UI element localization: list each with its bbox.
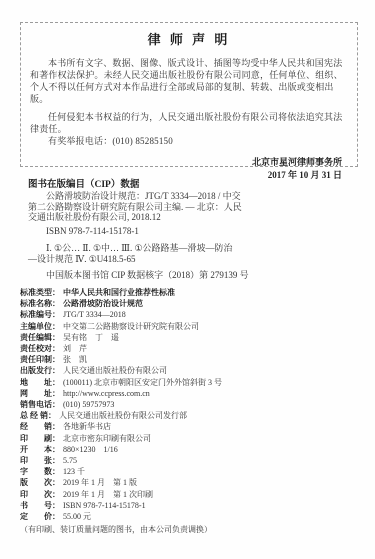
signature-block: 北京市星河律师事务所 2017 年 10 月 31 日 [30,156,348,181]
metadata-label: 书 号： [20,501,60,510]
metadata-label: 字 数： [20,467,60,476]
metadata-rows: 标准类型：中华人民共和国行业推荐性标准标准名称：公路滑坡防治设计规范标准编号：J… [20,287,360,522]
metadata-value: 人民交通出版社股份有限公司发行部 [56,411,187,420]
metadata-row: 印 张：5.75 [20,455,360,466]
metadata-label: 销售电话： [20,400,60,409]
cip-line-publisher-2: 交通出版社股份有限公司, 2018.12 [28,212,293,223]
quality-exchange-note: （有印刷、装订质量问题的图书，由本公司负责调换） [20,524,360,535]
metadata-label: 印 张： [20,456,60,465]
metadata-row: 定 价：55.00 元 [20,511,360,522]
metadata-row: 标准编号：JTG/T 3334—2018 [20,309,360,320]
metadata-label: 责任校对： [20,344,60,353]
cip-line-classification-2: —设计规范 Ⅳ. ①U418.5-65 [28,254,293,265]
publication-metadata-list: 标准类型：中华人民共和国行业推荐性标准标准名称：公路滑坡防治设计规范标准编号：J… [20,287,360,535]
cip-line-title: 公路滑坡防治设计规范：JTG/T 3334—2018 / 中交 [28,191,293,202]
metadata-row: 经 销：各地新华书店 [20,421,360,432]
metadata-value: 中华人民共和国行业推荐性标准 [60,288,175,297]
signature-firm: 北京市星河律师事务所 [30,156,348,169]
notice-paragraph-liability: 任何侵犯本书权益的行为，人民交通出版社股份有限公司将依法追究其法律责任。 [30,111,348,135]
cip-line-publisher-1: 第二公路勘察设计研究院有限公司主编. — 北京：人民 [28,202,293,213]
metadata-value: (010) 59757973 [60,400,114,409]
metadata-label: 印 刷： [20,434,60,443]
metadata-value: 5.75 [60,456,77,465]
metadata-label: 版 次： [20,478,60,487]
metadata-row: 字 数：123 千 [20,466,360,477]
metadata-label: 印 次： [20,490,60,499]
metadata-value: 人民交通出版社股份有限公司 [60,366,167,375]
cip-section: 图书在版编目（CIP）数据 公路滑坡防治设计规范：JTG/T 3334—2018… [28,179,293,281]
metadata-label: 经 销： [20,422,60,431]
lawyer-notice-box: 律 师 声 明 本书所有文字、数据、图像、版式设计、插图等均受中华人民共和国宪法… [20,22,358,167]
metadata-row: 印 次：2019 年 1 月 第 1 次印刷 [20,489,360,500]
metadata-value: (100011) 北京市朝阳区安定门外外馆斜街 3 号 [60,378,222,387]
metadata-value: 中交第二公路勘察设计研究院有限公司 [60,322,199,331]
notice-paragraph-copyright: 本书所有文字、数据、图像、版式设计、插图等均受中华人民共和国宪法和著作权法保护。… [30,57,348,105]
notice-paragraph-hotline: 有奖举报电话：(010) 85285150 [30,135,348,147]
metadata-label: 总 经 销： [20,411,56,420]
metadata-value: 北京市密东印刷有限公司 [60,434,151,443]
metadata-label: 标准类型： [20,288,60,297]
metadata-row: 主编单位：中交第二公路勘察设计研究院有限公司 [20,321,360,332]
metadata-label: 责任编辑： [20,333,60,342]
metadata-row: 标准名称：公路滑坡防治设计规范 [20,298,360,309]
metadata-value: 55.00 元 [60,512,91,521]
notice-title: 律 师 声 明 [30,32,348,48]
metadata-row: 责任印制：张 凯 [20,354,360,365]
metadata-label: 责任印制： [20,355,60,364]
metadata-label: 地 址： [20,378,60,387]
cip-header: 图书在版编目（CIP）数据 [28,179,293,191]
metadata-row: 地 址：(100011) 北京市朝阳区安定门外外馆斜街 3 号 [20,377,360,388]
metadata-value: 880×1230 1/16 [60,445,118,454]
metadata-row: 责任编辑：吴有铭 丁 遥 [20,332,360,343]
metadata-value: 公路滑坡防治设计规范 [60,299,143,308]
metadata-value: 2019 年 1 月 第 1 版 [60,478,137,487]
cip-line-classification-1: Ⅰ. ①公… Ⅱ. ①中… Ⅲ. ①公路路基—滑坡—防治 [28,243,293,254]
metadata-label: 网 址： [20,389,60,398]
metadata-label: 标准编号： [20,310,60,319]
metadata-row: 总 经 销：人民交通出版社股份有限公司发行部 [20,410,360,421]
metadata-row: 责任校对：刘 芹 [20,343,360,354]
metadata-row: 出版发行：人民交通出版社股份有限公司 [20,365,360,376]
metadata-row: 销售电话：(010) 59757973 [20,399,360,410]
metadata-value: 张 凯 [60,355,87,364]
metadata-row: 版 次：2019 年 1 月 第 1 版 [20,477,360,488]
metadata-row: 书 号：ISBN 978-7-114-15178-1 [20,500,360,511]
metadata-row: 标准类型：中华人民共和国行业推荐性标准 [20,287,360,298]
metadata-label: 出版发行： [20,366,60,375]
metadata-value: 吴有铭 丁 遥 [60,333,119,342]
metadata-value: 123 千 [60,467,85,476]
metadata-row: 印 刷：北京市密东印刷有限公司 [20,433,360,444]
metadata-value: 刘 芹 [60,344,87,353]
metadata-value: 各地新华书店 [60,422,111,431]
metadata-label: 标准名称： [20,299,60,308]
copyright-page: 律 师 声 明 本书所有文字、数据、图像、版式设计、插图等均受中华人民共和国宪法… [0,0,375,559]
cip-record-number: 中国版本图书馆 CIP 数据核字（2018）第 279139 号 [28,270,293,281]
metadata-value: ISBN 978-7-114-15178-1 [60,501,146,510]
metadata-row: 开 本：880×1230 1/16 [20,444,360,455]
metadata-row: 网 址：http://www.ccpress.com.cn [20,388,360,399]
metadata-label: 开 本： [20,445,60,454]
metadata-label: 主编单位： [20,322,60,331]
cip-line-isbn: ISBN 978-7-114-15178-1 [28,226,293,237]
metadata-label: 定 价： [20,512,60,521]
metadata-value: http://www.ccpress.com.cn [60,389,150,398]
metadata-value: 2019 年 1 月 第 1 次印刷 [60,490,153,499]
metadata-value: JTG/T 3334—2018 [60,310,126,319]
